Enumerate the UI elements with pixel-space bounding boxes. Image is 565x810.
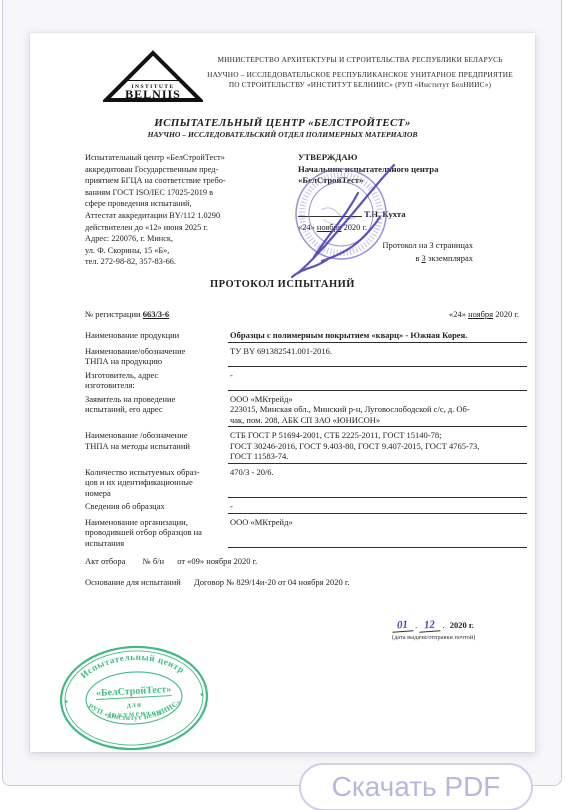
issue-day-handwritten: 01 (392, 618, 414, 632)
field-label: Наименование продукции (85, 330, 220, 343)
issue-year: 2020 г. (450, 620, 474, 630)
field-label: Наименование/обозначение ТНПА на продукц… (85, 346, 220, 367)
field-value: - (228, 370, 527, 391)
accreditation-block: Испытательный центр «БелСтройТест» аккре… (85, 152, 300, 268)
field-value: - (228, 501, 527, 514)
issue-separator: . (443, 620, 445, 630)
protocol-date-post: 2020 г. (493, 309, 519, 319)
act-row: Акт отбора № б/н от «09» ноября 2020 г. (85, 556, 257, 566)
act-label: Акт отбора (85, 556, 125, 566)
download-pdf-label: Скачать PDF (332, 771, 501, 803)
field-value: ООО «МКтрейд» 223015, Минская обл., Минс… (228, 394, 527, 428)
field-value: ТУ BY 691382541.001-2016. (228, 346, 527, 367)
field-label: Изготовитель, адрес изготовителя: (85, 370, 220, 391)
field-label: Количество испытуемых образ- цов и их ид… (85, 467, 220, 499)
green-stamp-center: «БелСтройТест» (96, 684, 172, 699)
registration-label: № регистрации (85, 309, 141, 319)
act-number: № б/н (143, 556, 164, 566)
registration-row: № регистрации 663/3-6 «24» ноября 2020 г… (85, 309, 519, 319)
field-label: Наименование /обозначение ТНПА на методы… (85, 430, 220, 464)
issue-date-line: 01 . 12 . 2020 г. (392, 619, 527, 632)
registration-value: 663/3-6 (143, 309, 169, 319)
issue-date-caption: (дата выдачи/отправки почтой) (392, 634, 527, 641)
field-label: Заявитель на проведение испытаний, его а… (85, 394, 220, 428)
svg-text:Испытательный центр: Испытательный центр (78, 649, 187, 680)
field-label: Сведения об образцах (85, 501, 220, 514)
signature (288, 157, 423, 279)
logo-name-text: BELNIIS (125, 87, 181, 101)
issue-month-handwritten: 12 (419, 618, 441, 632)
registration-number: № регистрации 663/3-6 (85, 309, 169, 319)
field-label: Наименование организации, проводившей от… (85, 517, 220, 549)
protocol-fields: Наименование продукции Образцы с полимер… (85, 330, 527, 548)
green-stamp: Испытательный центр РУП «Институт БелНИИ… (55, 641, 212, 755)
protocol-date-pre: «24» (449, 309, 468, 319)
document-page: INSTITUTE BELNIIS МИНИСТЕРСТВО АРХИТЕКТУ… (30, 33, 535, 752)
belniis-logo: INSTITUTE BELNIIS (103, 50, 203, 104)
protocol-title: ПРОТОКОЛ ИСПЫТАНИЙ (30, 279, 535, 290)
field-value: 470/3 - 20/6. (228, 467, 527, 499)
field-value: СТБ ГОСТ Р 51694-2001, СТБ 2225-2011, ГО… (228, 430, 527, 464)
enterprise-line-2: ПО СТРОИТЕЛЬСТВУ «ИНСТИТУТ БЕЛНИИС» (РУП… (190, 80, 530, 91)
testing-center-title: ИСПЫТАТЕЛЬНЫЙ ЦЕНТР «БЕЛСТРОЙТЕСТ» (30, 117, 535, 129)
org-header: МИНИСТЕРСТВО АРХИТЕКТУРЫ И СТРОИТЕЛЬСТВА… (190, 55, 530, 91)
issue-separator: . (415, 620, 417, 630)
green-stamp-ring-top: Испытательный центр (78, 649, 187, 680)
enterprise-line-1: НАУЧНО – ИССЛЕДОВАТЕЛЬСКОЕ РЕСПУБЛИКАНСК… (190, 70, 530, 81)
issue-date-block: 01 . 12 . 2020 г. (дата выдачи/отправки … (392, 619, 527, 641)
download-pdf-button[interactable]: Скачать PDF (299, 763, 533, 810)
field-value: Образцы с полимерным покрытием «кварц» -… (228, 330, 527, 343)
field-value: ООО «МКтрейд» (228, 517, 527, 549)
protocol-date: «24» ноября 2020 г. (449, 309, 519, 319)
testing-center-subtitle: НАУЧНО – ИССЛЕДОВАТЕЛЬСКИЙ ОТДЕЛ ПОЛИМЕР… (30, 130, 535, 139)
basis-value: Договор № 829/14и-20 от 04 ноября 2020 г… (194, 577, 350, 587)
basis-label: Основание для испытаний (85, 577, 181, 587)
ministry-line: МИНИСТЕРСТВО АРХИТЕКТУРЫ И СТРОИТЕЛЬСТВА… (190, 55, 530, 66)
copies-post: экземплярах (426, 253, 473, 263)
act-date: от «09» ноября 2020 г. (177, 556, 257, 566)
protocol-date-month: ноября (468, 309, 493, 319)
basis-row: Основание для испытаний Договор № 829/14… (85, 577, 349, 587)
